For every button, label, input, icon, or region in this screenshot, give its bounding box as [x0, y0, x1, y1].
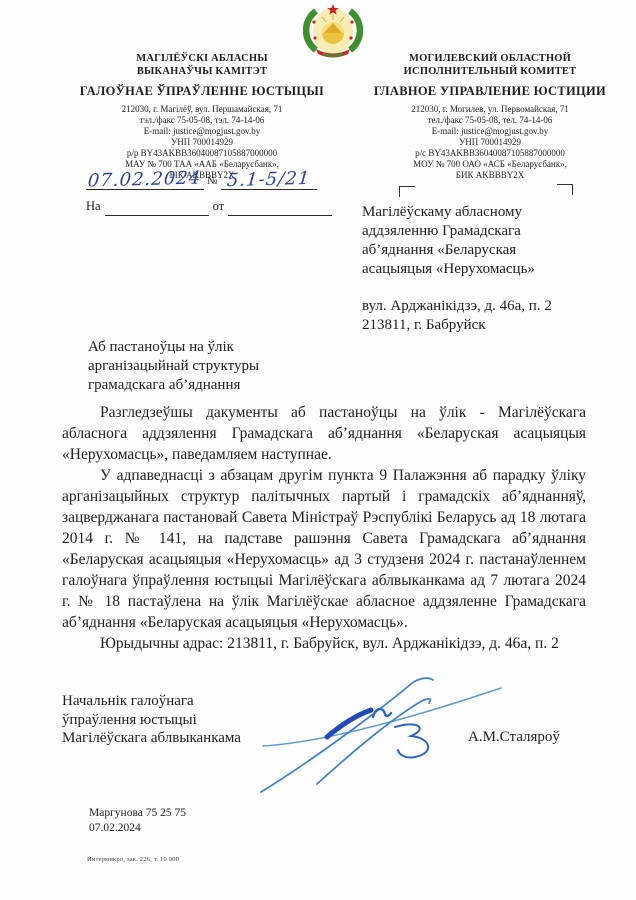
- belarus-coat-of-arms-icon: [303, 2, 363, 58]
- recipient-line: асацыяцыя «Нерухомасць»: [362, 260, 602, 279]
- recipient-line: аддзяленню Грамадскага: [362, 222, 602, 241]
- recipient-block: Магілёўскаму абласному аддзяленню Грамад…: [362, 203, 602, 335]
- department-title: ГЛАВНОЕ УПРАВЛЕНИЕ ЮСТИЦИИ: [348, 84, 632, 99]
- handwritten-date: 07.02.2024: [88, 168, 203, 192]
- unp-line: УНП 700014929: [348, 137, 632, 148]
- print-shop-info: Интермикро, зак. 226, т. 10 000: [87, 856, 179, 863]
- scanned-letter-page: МАГІЛЁЎСКІ АБЛАСНЫ ВЫКАНАЎЧЫ КАМІТЭТ ГАЛ…: [0, 0, 636, 900]
- subject-line: Аб пастаноўцы на ўлік: [88, 338, 338, 357]
- address-line: 212030, г. Магілёў, вул. Першамайская, 7…: [58, 104, 346, 115]
- email-line: E-mail: justice@mogjust.gov.by: [348, 126, 632, 137]
- address-corner-mark-right: [557, 184, 573, 195]
- account-line: р/р BY43AKBB36040087105887000000: [58, 148, 346, 159]
- handwritten-number: 5.1-5/21: [226, 168, 311, 191]
- number-sign: №: [204, 175, 221, 187]
- unp-line: УНП 700014929: [58, 137, 346, 148]
- executor-name-phone: Маргунова 75 25 75: [89, 806, 186, 821]
- recipient-city: 213811, г. Бабруйск: [362, 316, 602, 335]
- recipient-line: Магілёўскаму абласному: [362, 203, 602, 222]
- bic-line: БИК AKBBBY2X: [348, 170, 632, 181]
- address-line: 212030, г. Могилев, ул. Первомайская, 71: [348, 104, 632, 115]
- org-name-line: МОГИЛЕВСКИЙ ОБЛАСТНОЙ: [348, 52, 632, 65]
- email-line: E-mail: justice@mogjust.gov.by: [58, 126, 346, 137]
- body-paragraph: У адпаведнасці з абзацам другім пункта 9…: [62, 465, 586, 633]
- recipient-street: вул. Арджанікідзэ, д. 46а, п. 2: [362, 297, 602, 316]
- subject-line: арганізацыйнай структуры: [88, 357, 338, 376]
- phone-line: тел./факс 75-05-08, тел. 74-14-06: [348, 115, 632, 126]
- outgoing-reference-row: 07.02.2024№5.1-5/21: [86, 168, 317, 190]
- number-underline-field: 5.1-5/21: [221, 168, 317, 190]
- phone-line: тэл./факс 75-05-08, тэл. 74-14-06: [58, 115, 346, 126]
- bank-line: МОУ № 700 ОАО «АСБ «Беларусбанк»,: [348, 159, 632, 170]
- letterhead-right: МОГИЛЕВСКИЙ ОБЛАСТНОЙ ИСПОЛНИТЕЛЬНЫЙ КОМ…: [348, 52, 632, 181]
- na-underline-field: [105, 201, 209, 216]
- executor-block: Маргунова 75 25 75 07.02.2024: [89, 806, 186, 836]
- na-label: На: [86, 199, 105, 213]
- org-name-line: ИСПОЛНИТЕЛЬНЫЙ КОМИТЕТ: [348, 65, 632, 78]
- executor-date: 07.02.2024: [89, 821, 186, 836]
- subject-block: Аб пастаноўцы на ўлік арганізацыйнай стр…: [88, 338, 338, 395]
- incoming-reference-row: Наот: [86, 200, 332, 216]
- address-corner-mark-left: [399, 186, 415, 197]
- date-underline-field: 07.02.2024: [86, 168, 204, 190]
- ot-underline-field: [228, 201, 332, 216]
- letterhead-left: МАГІЛЁЎСКІ АБЛАСНЫ ВЫКАНАЎЧЫ КАМІТЭТ ГАЛ…: [58, 52, 346, 181]
- org-name-line: ВЫКАНАЎЧЫ КАМІТЭТ: [58, 65, 346, 78]
- signer-name: А.М.Сталяроў: [468, 729, 560, 746]
- letter-body: Разгледзеўшы дакументы аб пастаноўцы на …: [62, 402, 586, 654]
- subject-line: грамадскага аб’яднання: [88, 376, 338, 395]
- department-title: ГАЛОЎНАЕ ЎПРАЎЛЕННЕ ЮСТЫЦЫІ: [58, 84, 346, 99]
- ot-label: от: [209, 199, 229, 213]
- recipient-line: аб’яднання «Беларуская: [362, 241, 602, 260]
- body-paragraph: Юрыдычны адрас: 213811, г. Бабруйск, вул…: [62, 633, 586, 654]
- body-paragraph: Разгледзеўшы дакументы аб пастаноўцы на …: [62, 402, 586, 465]
- org-name-line: МАГІЛЁЎСКІ АБЛАСНЫ: [58, 52, 346, 65]
- account-line: р/с BY43AKBB36040087105887000000: [348, 148, 632, 159]
